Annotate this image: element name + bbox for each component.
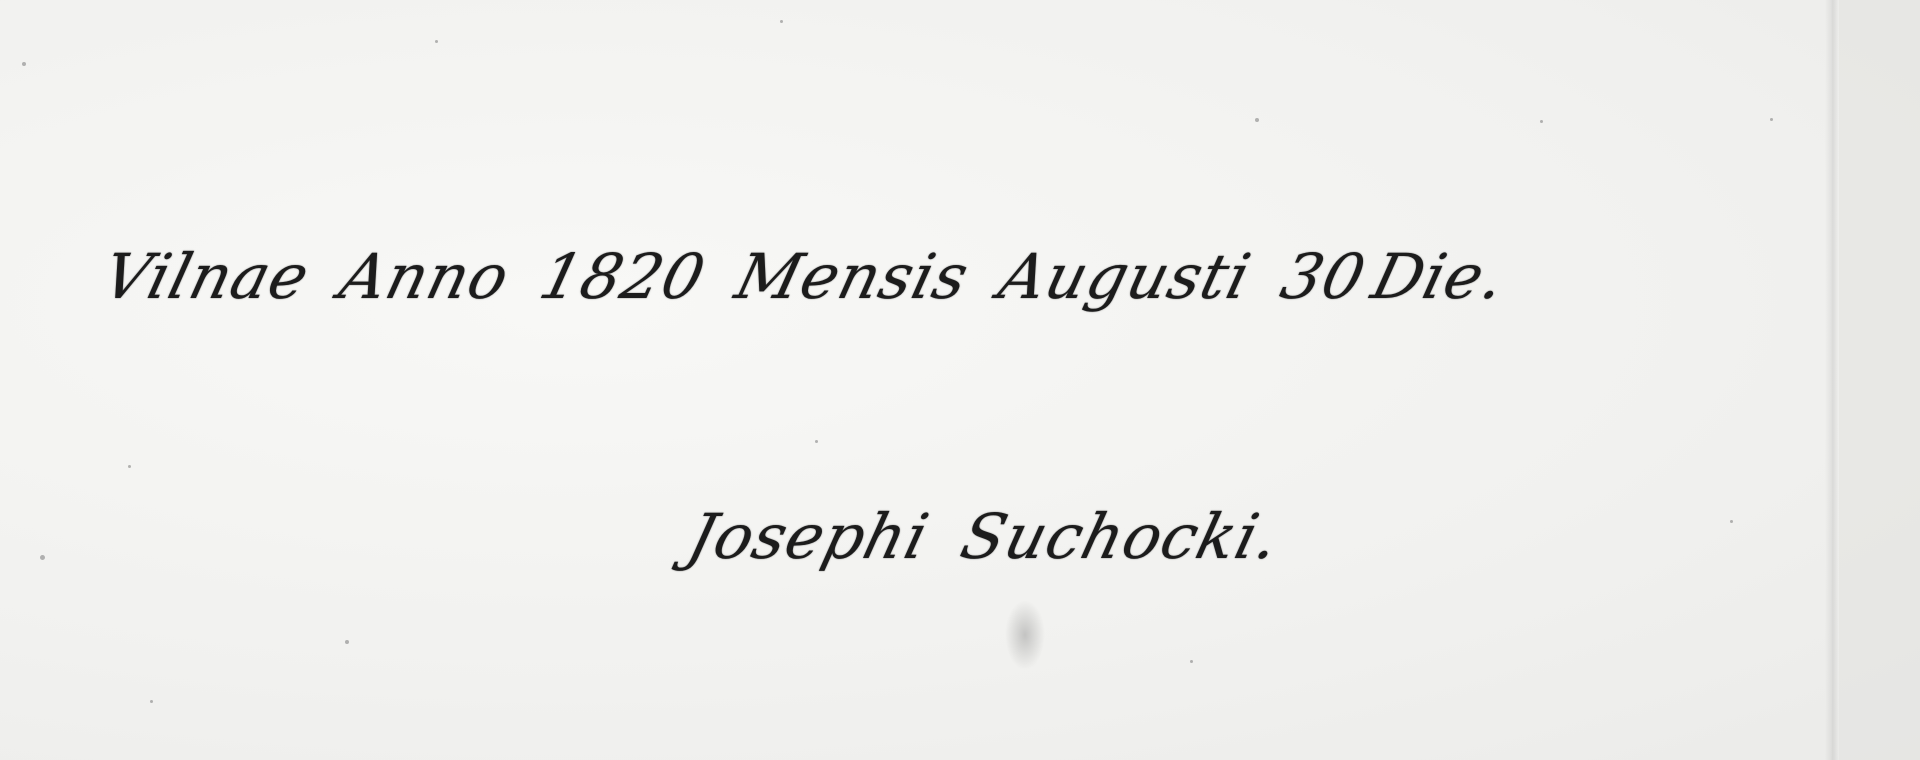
word-day-number: 30 <box>1274 240 1373 313</box>
ink-speck <box>1540 120 1543 123</box>
ink-speck <box>435 40 438 43</box>
signature-surname: Suchocki. <box>954 500 1287 573</box>
ink-speck <box>40 555 45 560</box>
ink-speck <box>1730 520 1733 523</box>
word-year: 1820 <box>533 240 713 313</box>
word-mensis: Mensis <box>729 240 977 313</box>
word-place: Vilnae <box>96 240 317 313</box>
ink-speck <box>1770 118 1773 121</box>
ink-speck <box>128 465 131 468</box>
ink-speck <box>345 640 349 644</box>
word-die: Die. <box>1365 240 1513 313</box>
ink-speck <box>780 20 783 23</box>
manuscript-page: VilnaeAnno1820MensisAugusti30Die. Joseph… <box>0 0 1920 760</box>
ink-smudge <box>1005 600 1045 670</box>
ink-speck <box>1190 660 1193 663</box>
paper-crease <box>1825 0 1839 760</box>
ink-speck <box>22 62 26 66</box>
signature-first-name: Josephi <box>681 500 936 573</box>
word-month: Augusti <box>992 240 1258 313</box>
signature-line: JosephiSuchocki. <box>681 500 1324 573</box>
ink-speck <box>815 440 818 443</box>
ink-speck <box>1255 118 1259 122</box>
date-line: VilnaeAnno1820MensisAugusti30Die. <box>96 240 1547 313</box>
paper-margin <box>1839 0 1920 760</box>
word-anno: Anno <box>333 240 517 313</box>
ink-speck <box>150 700 153 703</box>
